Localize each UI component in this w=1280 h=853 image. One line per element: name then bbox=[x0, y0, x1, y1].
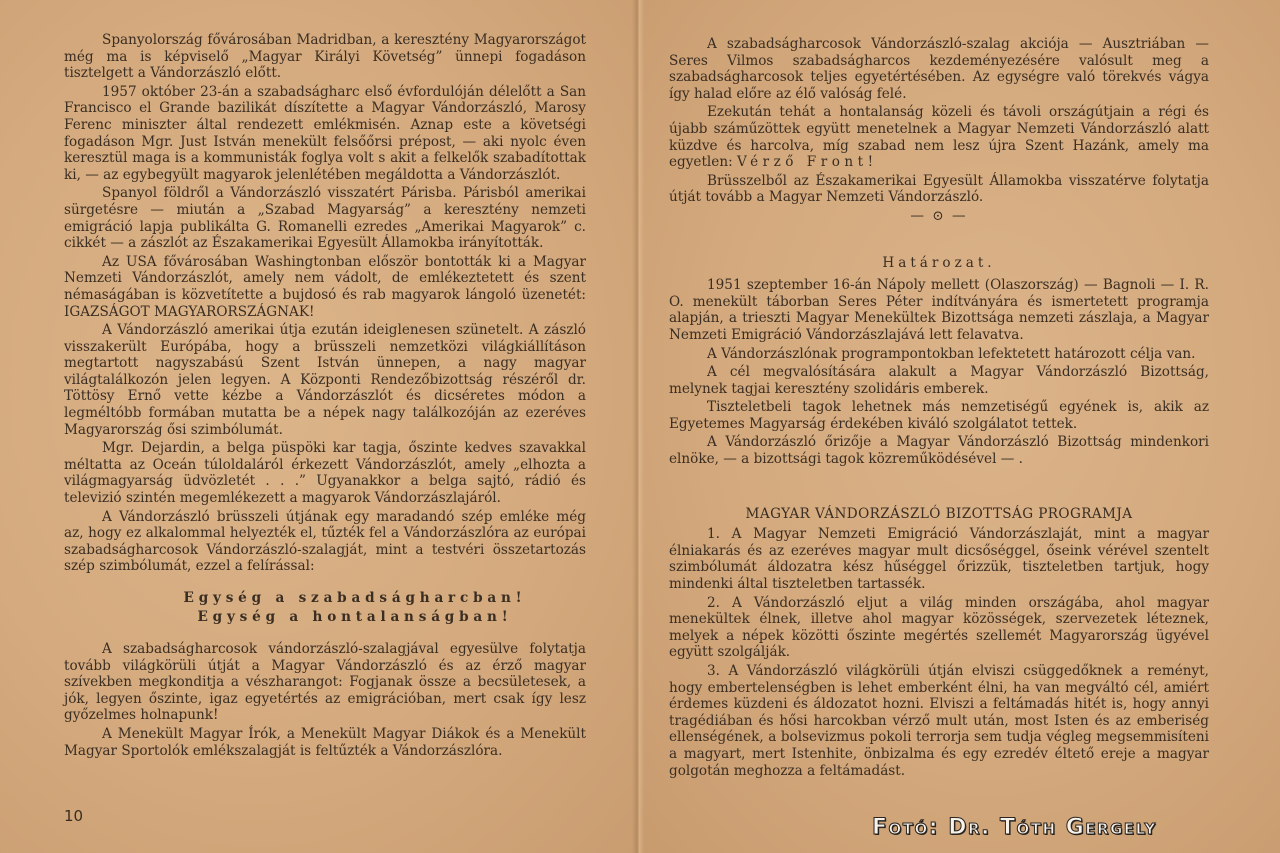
program-item: 2. A Vándorzászló eljut a világ minden o… bbox=[669, 595, 1209, 661]
paragraph: Ezekután tehát a hontalanság közeli és t… bbox=[669, 104, 1209, 170]
right-page-text: A szabadságharcosok Vándorzászló-szalag … bbox=[669, 36, 1209, 779]
paragraph: A Vándorzászló brüsszeli útjának egy mar… bbox=[64, 509, 586, 575]
paragraph: A Vándorzászló amerikai útja ezután idei… bbox=[64, 322, 586, 438]
paragraph: 1957 október 23-án a szabadságharc első … bbox=[64, 84, 586, 184]
ornament-divider: — ⊙ — bbox=[669, 208, 1209, 225]
motto-line: Egység a hontalanságban! bbox=[124, 608, 586, 627]
paragraph: Brüsszelből az Északamerikai Egyesült Ál… bbox=[669, 173, 1209, 206]
paragraph: A Menekült Magyar Írók, a Menekült Magya… bbox=[64, 726, 586, 759]
emphasis-text: Vérző Front! bbox=[737, 154, 878, 170]
paragraph: Mgr. Dejardin, a belga püspöki kar tagja… bbox=[64, 440, 586, 506]
paragraph: Tiszteletbeli tagok lehetnek más nemzeti… bbox=[669, 399, 1209, 432]
paragraph: A Vándorzászló őrizője a Magyar Vándorzá… bbox=[669, 434, 1209, 467]
page-number: 10 bbox=[64, 807, 83, 825]
motto: Egység a szabadságharcban! Egység a hont… bbox=[124, 589, 586, 627]
paragraph: 1951 szeptember 16-án Nápoly mellett (Ol… bbox=[669, 277, 1209, 343]
right-page: A szabadságharcosok Vándorzászló-szalag … bbox=[638, 0, 1280, 853]
program-item: 3. A Vándorzászló világkörüli útján elvi… bbox=[669, 663, 1209, 779]
motto-line: Egység a szabadságharcban! bbox=[124, 589, 586, 608]
paragraph: A szabadságharcosok vándorzászló-szalagj… bbox=[64, 641, 586, 724]
program-item: 1. A Magyar Nemzeti Emigráció Vándorzász… bbox=[669, 526, 1209, 592]
paragraph: Spanyol földről a Vándorzászló visszatér… bbox=[64, 185, 586, 251]
left-page: Spanyolország fővárosában Madridban, a k… bbox=[0, 0, 638, 853]
paragraph: A cél megvalósítására alakult a Magyar V… bbox=[669, 364, 1209, 397]
paragraph: A Vándorzászlónak programpontokban lefek… bbox=[669, 346, 1209, 363]
center-fold bbox=[632, 0, 644, 853]
program-title: MAGYAR VÁNDORZÁSZLÓ BIZOTTSÁG PROGRAMJA bbox=[669, 506, 1209, 523]
paragraph: Spanyolország fővárosában Madridban, a k… bbox=[64, 32, 586, 82]
resolution-title: Határozat. bbox=[669, 255, 1209, 272]
photo-credit: Fotó: Dr. Tóth Gergely bbox=[872, 815, 1157, 840]
booklet-spread: Spanyolország fővárosában Madridban, a k… bbox=[0, 0, 1280, 853]
paragraph: A szabadságharcosok Vándorzászló-szalag … bbox=[669, 36, 1209, 102]
left-page-text: Spanyolország fővárosában Madridban, a k… bbox=[64, 32, 586, 759]
paragraph: Az USA fővárosában Washingtonban először… bbox=[64, 254, 586, 320]
